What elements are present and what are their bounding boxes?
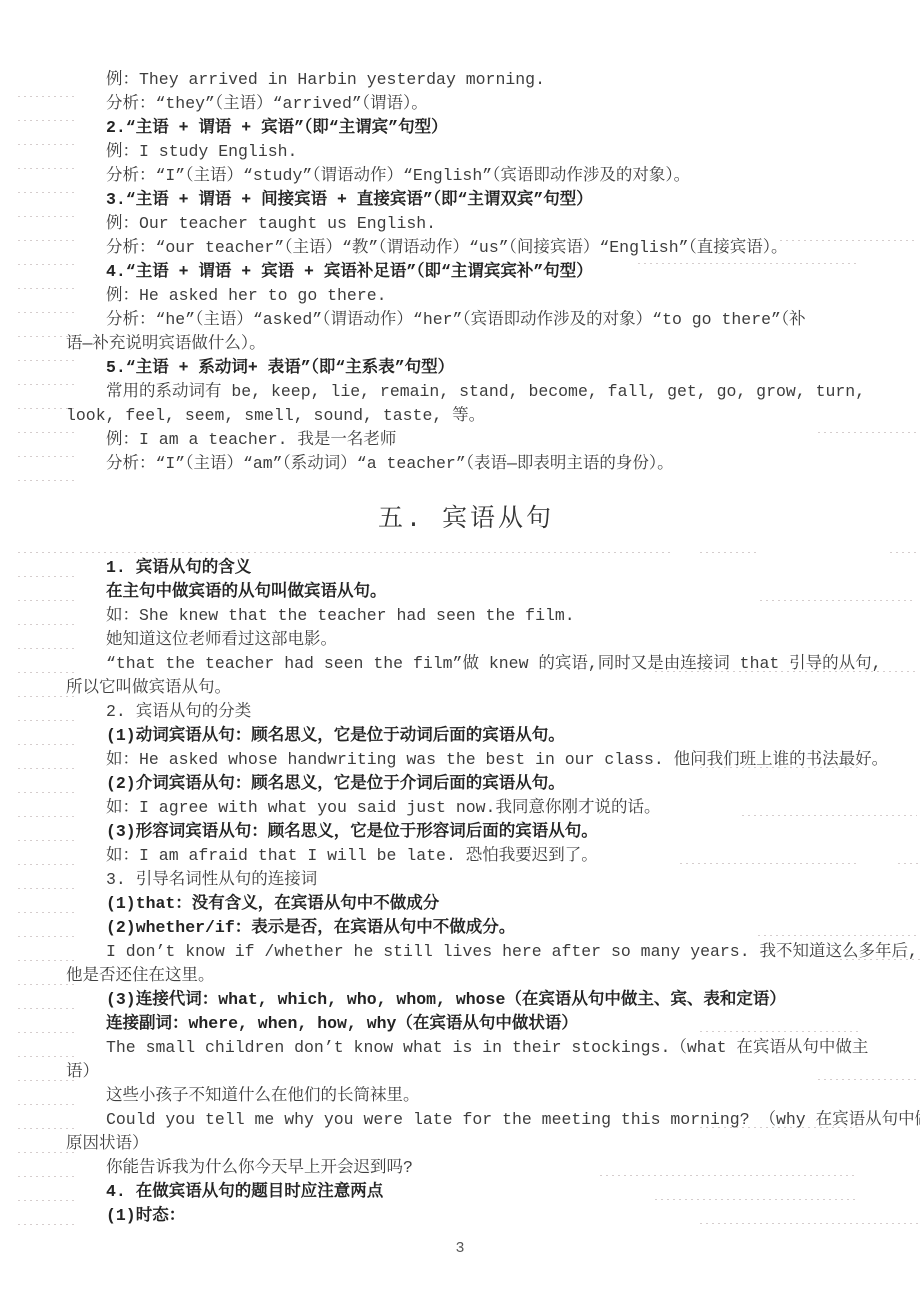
text-line: 所以它叫做宾语从句。	[66, 676, 866, 700]
text-line: 2.“主语 + 谓语 + 宾语”（即“主谓宾”句型）	[66, 116, 866, 140]
text-line: 你能告诉我为什么你今天早上开会迟到吗?	[66, 1156, 866, 1180]
section-heading: 五. 宾语从句	[66, 476, 866, 556]
object-clause-section: 1. 宾语从句的含义在主句中做宾语的从句叫做宾语从句。如：She knew th…	[66, 556, 866, 1228]
text-line: 他是否还住在这里。	[66, 964, 866, 988]
text-line: (1)that：没有含义，在宾语从句中不做成分	[66, 892, 866, 916]
text-line: 例：I am a teacher. 我是一名老师	[66, 428, 866, 452]
page-number: 3	[0, 1240, 920, 1257]
text-line: 语—补充说明宾语做什么）。	[66, 332, 866, 356]
text-line: 3.“主语 + 谓语 + 间接宾语 + 直接宾语”（即“主谓双宾”句型）	[66, 188, 866, 212]
text-line: 分析：“they”（主语）“arrived”（谓语）。	[66, 92, 866, 116]
text-line: (2)介词宾语从句：顾名思义，它是位于介词后面的宾语从句。	[66, 772, 866, 796]
text-line: Could you tell me why you were late for …	[66, 1108, 866, 1132]
sentence-pattern-section: 例：They arrived in Harbin yesterday morni…	[66, 68, 866, 476]
text-line: I don’t know if /whether he still lives …	[66, 940, 866, 964]
text-line: 4.“主语 + 谓语 + 宾语 + 宾语补足语”（即“主谓宾宾补”句型）	[66, 260, 866, 284]
text-line: 分析：“I”（主语）“study”（谓语动作）“English”（宾语即动作涉及…	[66, 164, 866, 188]
text-line: 原因状语）	[66, 1132, 866, 1156]
text-line: 如：I am afraid that I will be late. 恐怕我要迟…	[66, 844, 866, 868]
text-line: 3. 引导名词性从句的连接词	[66, 868, 866, 892]
scan-artifact-line	[898, 863, 920, 864]
text-line: look, feel, seem, smell, sound, taste, 等…	[66, 404, 866, 428]
text-line: (1)动词宾语从句：顾名思义，它是位于动词后面的宾语从句。	[66, 724, 866, 748]
text-line: 例：He asked her to go there.	[66, 284, 866, 308]
text-line: 常用的系动词有 be, keep, lie, remain, stand, be…	[66, 380, 866, 404]
text-line: 1. 宾语从句的含义	[66, 556, 866, 580]
text-line: 2. 宾语从句的分类	[66, 700, 866, 724]
text-line: 4. 在做宾语从句的题目时应注意两点	[66, 1180, 866, 1204]
text-line: 如：She knew that the teacher had seen the…	[66, 604, 866, 628]
text-line: 她知道这位老师看过这部电影。	[66, 628, 866, 652]
text-line: 例：Our teacher taught us English.	[66, 212, 866, 236]
text-line: 5.“主语 + 系动词+ 表语”（即“主系表”句型）	[66, 356, 866, 380]
text-line: 分析：“I”（主语）“am”（系动词）“a teacher”（表语—即表明主语的…	[66, 452, 866, 476]
text-line: “that the teacher had seen the film”做 kn…	[66, 652, 866, 676]
text-line: 如：I agree with what you said just now.我同…	[66, 796, 866, 820]
text-line: 这些小孩子不知道什么在他们的长筒袜里。	[66, 1084, 866, 1108]
scan-artifact-line	[890, 552, 920, 553]
text-line: 分析：“our teacher”（主语）“教”（谓语动作）“us”（间接宾语）“…	[66, 236, 866, 260]
text-line: (2)whether/if：表示是否，在宾语从句中不做成分。	[66, 916, 866, 940]
document-page: 例：They arrived in Harbin yesterday morni…	[0, 0, 920, 1302]
text-line: The small children don’t know what is in…	[66, 1036, 866, 1060]
text-line: (1)时态：	[66, 1204, 866, 1228]
text-line: 例：I study English.	[66, 140, 866, 164]
text-line: (3)形容词宾语从句：顾名思义，它是位于形容词后面的宾语从句。	[66, 820, 866, 844]
text-line: 语）	[66, 1060, 866, 1084]
text-line: 连接副词：where, when, how, why（在宾语从句中做状语）	[66, 1012, 866, 1036]
text-line: 在主句中做宾语的从句叫做宾语从句。	[66, 580, 866, 604]
text-line: 分析：“he”（主语）“asked”（谓语动作）“her”（宾语即动作涉及的对象…	[66, 308, 866, 332]
text-line: (3)连接代词：what, which, who, whom, whose（在宾…	[66, 988, 866, 1012]
text-line: 例：They arrived in Harbin yesterday morni…	[66, 68, 866, 92]
text-line: 如：He asked whose handwriting was the bes…	[66, 748, 866, 772]
document-content: 例：They arrived in Harbin yesterday morni…	[66, 68, 866, 1228]
